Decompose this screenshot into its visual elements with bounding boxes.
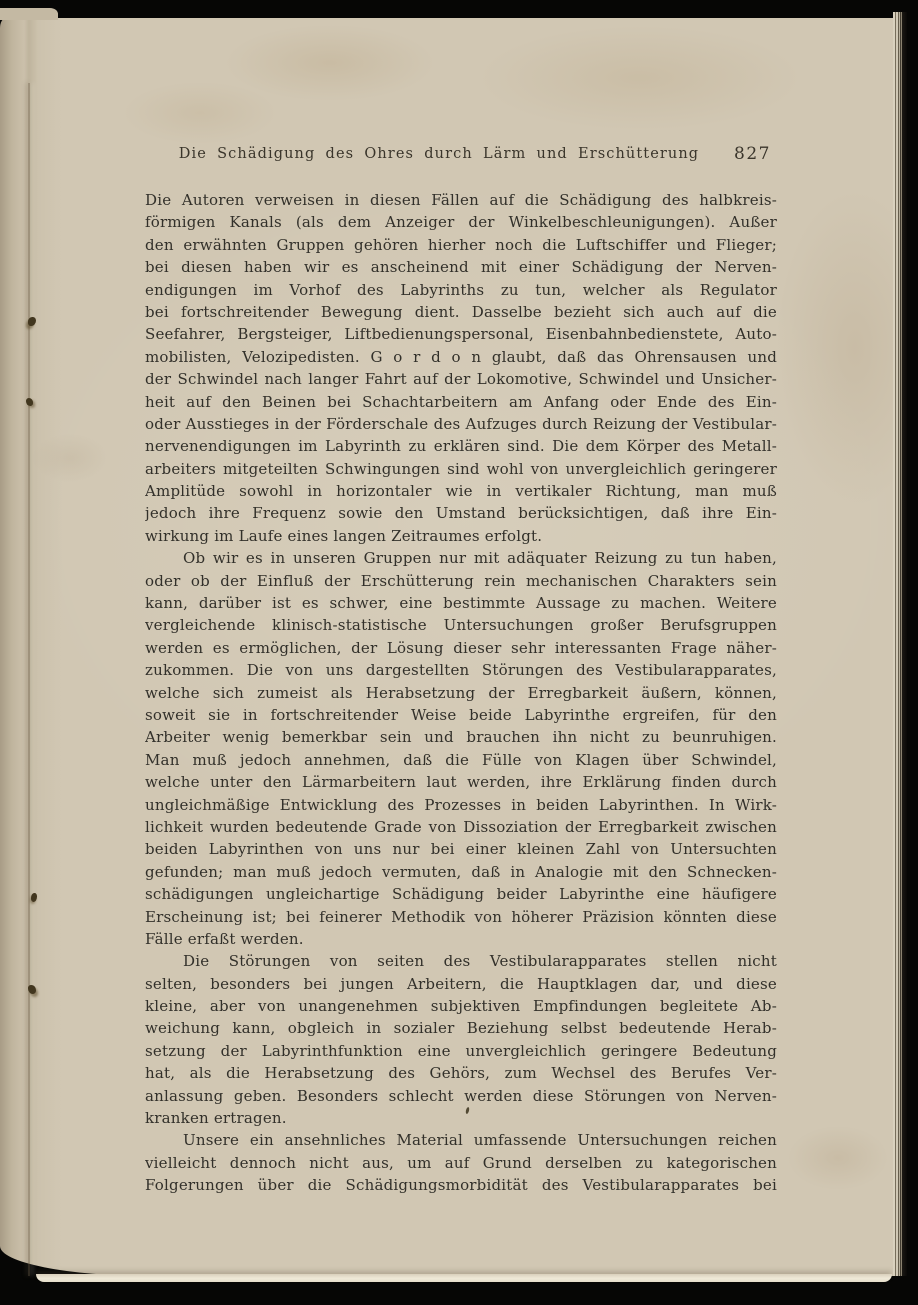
text-line: jedoch ihre Frequenz sowie den Umstand b… [145,502,777,524]
page-body: Die Autoren verweisen in diesen Fällen a… [145,189,777,1197]
running-header-title: Die Schädigung des Ohres durch Lärm und … [179,146,699,162]
text-line: kann, darüber ist es schwer, eine bestim… [145,592,777,614]
text-line: endigungen im Vorhof des Labyrinths zu t… [145,279,777,301]
page-stack-edges [893,12,907,1276]
text-line: Unsere ein ansehnliches Material umfasse… [145,1129,777,1151]
adjacent-page-edge [0,8,58,20]
text-line: Ob wir es in unseren Gruppen nur mit adä… [145,547,777,569]
text-line: nervenendigungen im Labyrinth zu erkläre… [145,435,777,457]
text-line: lichkeit wurden bedeutende Grade von Dis… [145,816,777,838]
text-line: Man muß jedoch annehmen, daß die Fülle v… [145,749,777,771]
text-line: soweit sie in fortschreitender Weise bei… [145,704,777,726]
text-line: den erwähnten Gruppen gehören hierher no… [145,234,777,256]
text-line: wirkung im Laufe eines langen Zeitraumes… [145,525,777,547]
text-line: werden es ermöglichen, der Lösung dieser… [145,637,777,659]
text-line: Die Autoren verweisen in diesen Fällen a… [145,189,777,211]
text-line: welche sich zumeist als Herabsetzung der… [145,682,777,704]
paragraph: Unsere ein ansehnliches Material umfasse… [145,1129,777,1196]
binding-crease [28,83,30,1276]
ink-speck [31,893,37,902]
text-line: oder Ausstieges in der Förderschale des … [145,413,777,435]
text-line: mobilisten, Velozipedisten. G o r d o n … [145,346,777,368]
text-line: weichung kann, obgleich in sozialer Bezi… [145,1017,777,1039]
text-line: der Schwindel nach langer Fahrt auf der … [145,368,777,390]
text-line: kranken ertragen. [145,1107,777,1129]
paragraph: Ob wir es in unseren Gruppen nur mit adä… [145,547,777,950]
text-line: kleine, aber von unangenehmen subjektive… [145,995,777,1017]
paragraph: Die Autoren verweisen in diesen Fällen a… [145,189,777,547]
text-line: selten, besonders bei jungen Arbeitern, … [145,973,777,995]
running-header: Die Schädigung des Ohres durch Lärm und … [145,144,777,166]
text-line: förmigen Kanals (als dem Anzeiger der Wi… [145,211,777,233]
text-line: schädigungen ungleichartige Schädigung b… [145,883,777,905]
page-number: 827 [734,144,771,164]
text-line: Folgerungen über die Schädigungsmorbidit… [145,1174,777,1196]
text-line: anlassung geben. Besonders schlecht werd… [145,1085,777,1107]
text-line: heit auf den Beinen bei Schachtarbeitern… [145,391,777,413]
text-line: zukommen. Die von uns dargestellten Stör… [145,659,777,681]
text-line: Seefahrer, Bergsteiger, Liftbedienungspe… [145,323,777,345]
ink-speck [28,317,36,326]
text-line: bei diesen haben wir es anscheinend mit … [145,256,777,278]
text-line: Arbeiter wenig bemerkbar sein und brauch… [145,726,777,748]
ink-speck [26,398,33,406]
text-line: beiden Labyrinthen von uns nur bei einer… [145,838,777,860]
page-bottom-edge [36,1274,892,1282]
text-line: hat, als die Herabsetzung des Gehörs, zu… [145,1062,777,1084]
text-line: Erscheinung ist; bei feinerer Methodik v… [145,906,777,928]
text-line: welche unter den Lärmarbeitern laut werd… [145,771,777,793]
scanned-book-photo: { "page": { "header": { "title": "Die Sc… [0,0,918,1305]
text-line: vergleichende klinisch-statistische Unte… [145,614,777,636]
text-line: Die Störungen von seiten des Vestibulara… [145,950,777,972]
text-line: gefunden; man muß jedoch vermuten, daß i… [145,861,777,883]
text-line: oder ob der Einfluß der Erschütterung re… [145,570,777,592]
ink-speck [28,985,36,994]
book-page: Die Schädigung des Ohres durch Lärm und … [0,18,894,1276]
text-line: bei fortschreitender Bewegung dient. Das… [145,301,777,323]
text-line: Fälle erfaßt werden. [145,928,777,950]
text-line: ungleichmäßige Entwicklung des Prozesses… [145,794,777,816]
text-line: vielleicht dennoch nicht aus, um auf Gru… [145,1152,777,1174]
paragraph: Die Störungen von seiten des Vestibulara… [145,950,777,1129]
text-line: arbeiters mitgeteilten Schwingungen sind… [145,458,777,480]
text-line: setzung der Labyrinthfunktion eine unver… [145,1040,777,1062]
text-line: Amplitüde sowohl in horizontaler wie in … [145,480,777,502]
